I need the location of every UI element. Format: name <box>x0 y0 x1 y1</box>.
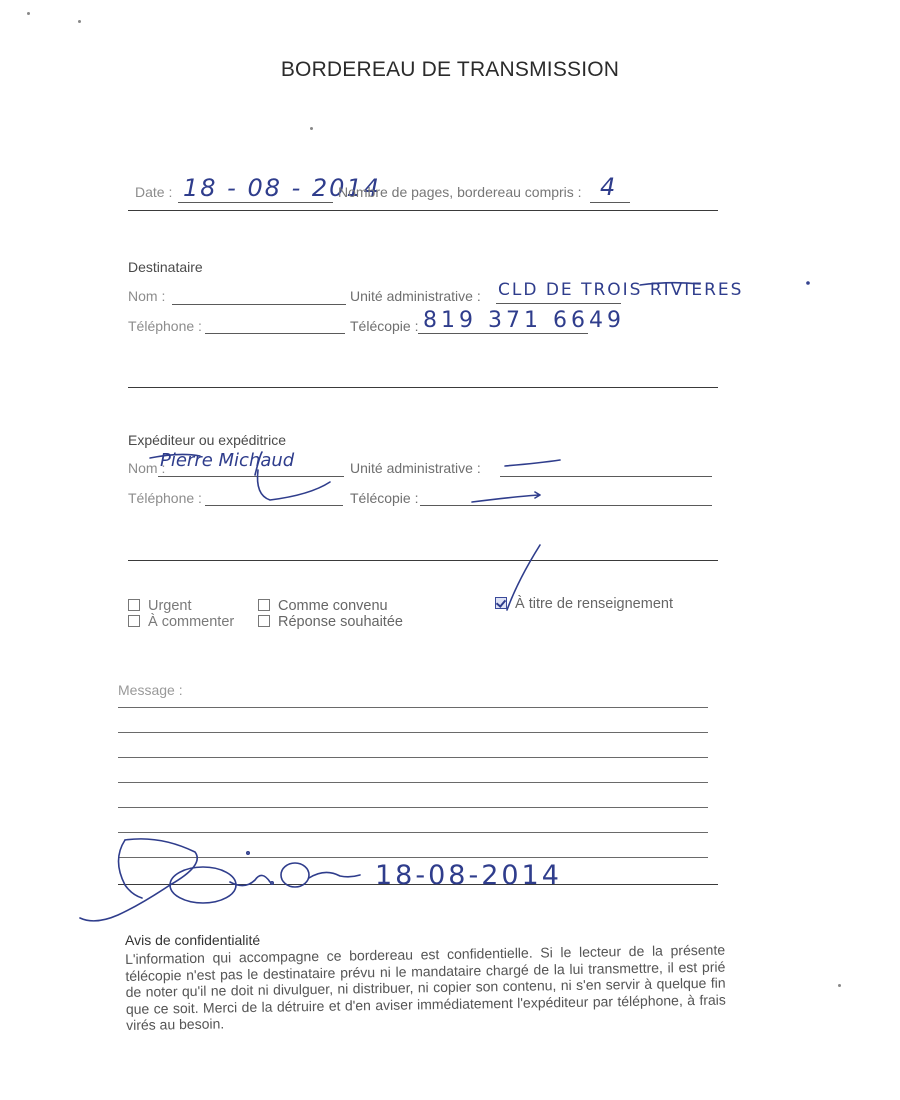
ink-arrow <box>472 492 540 502</box>
confidentiality-text: L'information qui accompagne ce borderea… <box>125 942 726 1034</box>
ink-dot <box>247 852 249 854</box>
checkbox-a-titre-de-renseignement[interactable] <box>495 597 507 609</box>
sender-name-field[interactable] <box>158 476 344 477</box>
scan-speck <box>78 20 81 23</box>
option-urgent[interactable]: Urgent <box>128 598 192 614</box>
sender-unit-field[interactable] <box>500 476 712 477</box>
message-line <box>118 782 708 783</box>
date-label: Date : <box>135 184 172 200</box>
message-line <box>118 707 708 708</box>
option-reponse-souhaitee[interactable]: Réponse souhaitée <box>258 614 403 630</box>
recipient-fax-value[interactable]: 819 371 6649 <box>423 308 625 333</box>
recipient-fax-label: Télécopie : <box>350 318 418 334</box>
signature-stroke <box>80 839 197 921</box>
option-label: Réponse souhaitée <box>278 614 403 630</box>
scan-speck <box>27 12 30 15</box>
pages-value[interactable]: 4 <box>600 173 616 201</box>
checkbox-urgent[interactable] <box>128 599 140 611</box>
checkbox-a-commenter[interactable] <box>128 615 140 627</box>
option-comme-convenu[interactable]: Comme convenu <box>258 598 388 614</box>
recipient-unit-label: Unité administrative : <box>350 288 481 304</box>
section-divider <box>128 560 718 561</box>
sender-fax-field[interactable] <box>420 505 712 506</box>
signature-date: 18-08-2014 <box>375 860 562 891</box>
sender-phone-field[interactable] <box>205 505 343 506</box>
recipient-fax-line <box>418 333 588 334</box>
sender-unit-label: Unité administrative : <box>350 460 481 476</box>
option-a-commenter[interactable]: À commenter <box>128 614 234 630</box>
recipient-name-field[interactable] <box>172 304 346 305</box>
option-label: Comme convenu <box>278 598 388 614</box>
option-label: Urgent <box>148 598 192 614</box>
sender-name-value[interactable]: Pierre Michaud <box>160 450 294 471</box>
message-line <box>118 832 708 833</box>
message-line <box>118 807 708 808</box>
checkbox-comme-convenu[interactable] <box>258 599 270 611</box>
message-line <box>118 857 708 858</box>
signature-stroke <box>119 840 143 898</box>
recipient-unit-line <box>496 303 621 304</box>
message-line <box>118 757 708 758</box>
scan-speck <box>310 127 313 130</box>
signature-loop <box>170 867 236 903</box>
message-line <box>118 732 708 733</box>
sender-section-title: Expéditeur ou expéditrice <box>128 432 286 448</box>
recipient-name-label: Nom : <box>128 288 165 304</box>
pages-field-line <box>590 202 630 203</box>
option-label: À titre de renseignement <box>515 596 673 612</box>
option-label: À commenter <box>148 614 234 630</box>
recipient-phone-label: Téléphone : <box>128 318 202 334</box>
pages-label: Nombre de pages, bordereau compris : <box>338 184 582 200</box>
sender-fax-label: Télécopie : <box>350 490 418 506</box>
confidentiality-title: Avis de confidentialité <box>125 932 260 948</box>
recipient-section-title: Destinataire <box>128 259 203 275</box>
recipient-unit-value[interactable]: CLD DE TROIS RIVIERES <box>498 280 743 300</box>
date-field-line <box>178 202 333 203</box>
scan-speck <box>838 984 841 987</box>
ink-dash <box>505 460 560 466</box>
recipient-phone-field[interactable] <box>205 333 345 334</box>
page-title: BORDEREAU DE TRANSMISSION <box>0 58 900 82</box>
signature-stroke <box>309 872 360 878</box>
ink-dot <box>807 282 809 284</box>
option-a-titre-de-renseignement[interactable]: À titre de renseignement <box>495 596 673 612</box>
checkbox-reponse-souhaitee[interactable] <box>258 615 270 627</box>
message-label: Message : <box>118 682 183 698</box>
section-divider <box>128 210 718 211</box>
section-divider <box>128 387 718 388</box>
sender-phone-label: Téléphone : <box>128 490 202 506</box>
